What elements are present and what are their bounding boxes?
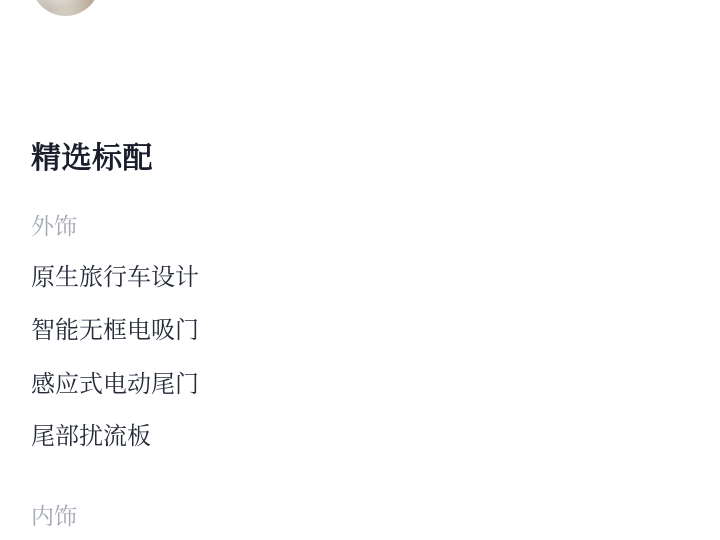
section-label-interior: 内饰	[31, 505, 77, 528]
feature-item: 智能无框电吸门	[31, 319, 199, 343]
feature-item: 原生旅行车设计	[31, 266, 199, 290]
featured-config-page: 精选标配 外饰 原生旅行车设计 智能无框电吸门 感应式电动尾门 尾部扰流板 内饰	[0, 0, 720, 540]
color-swatch-thumbnail[interactable]	[31, 0, 100, 16]
page-title: 精选标配	[31, 144, 153, 174]
feature-item: 尾部扰流板	[31, 425, 151, 449]
feature-item: 感应式电动尾门	[31, 373, 199, 397]
section-label-exterior: 外饰	[31, 215, 77, 238]
